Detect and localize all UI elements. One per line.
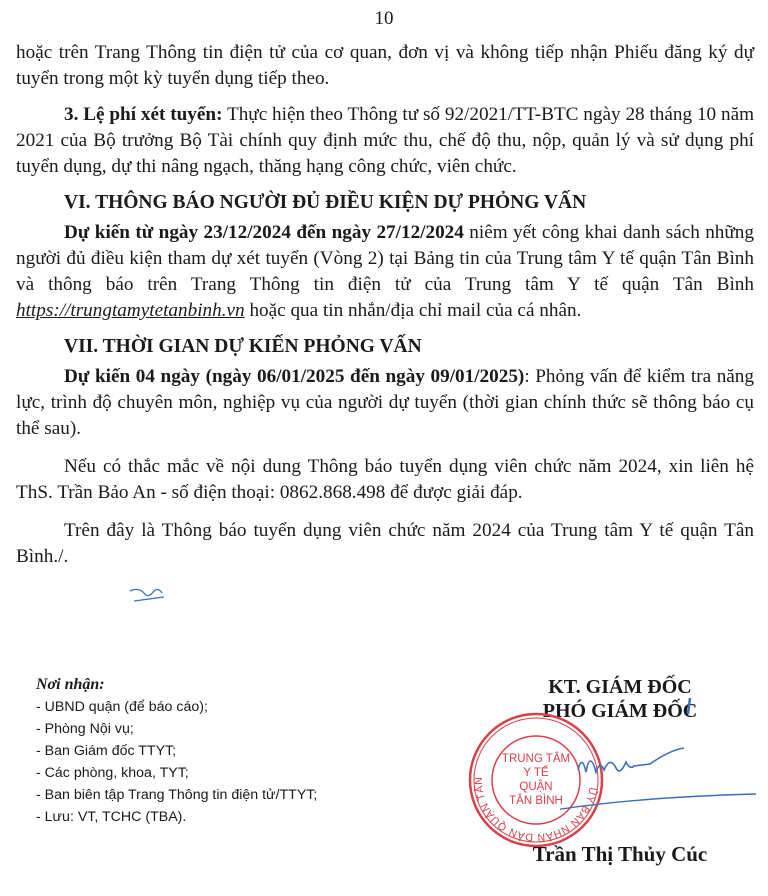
page-number: 10 — [0, 8, 768, 30]
recipient-item: - Lưu: VT, TCHC (TBA). — [36, 806, 317, 828]
section-6-paragraph: Dự kiến từ ngày 23/12/2024 đến ngày 27/1… — [16, 220, 754, 324]
recipient-item: - Ban Giám đốc TTYT; — [36, 740, 317, 762]
signature-scribble-icon — [560, 690, 760, 810]
section-6-heading: VI. THÔNG BÁO NGƯỜI ĐỦ ĐIỀU KIỆN DỰ PHỎN… — [16, 190, 754, 216]
section-7-date-range: Dự kiến 04 ngày (ngày 06/01/2025 đến ngà… — [64, 366, 524, 387]
initials-scribble-icon — [128, 585, 168, 607]
section-7-heading: VII. THỜI GIAN DỰ KIẾN PHỎNG VẤN — [16, 334, 754, 360]
recipient-item: - Ban biên tập Trang Thông tin điện tử/T… — [36, 784, 317, 806]
section-6-tail: hoặc qua tin nhắn/địa chỉ mail của cá nh… — [245, 300, 582, 321]
fee-label: 3. Lệ phí xét tuyển: — [64, 104, 222, 125]
recipient-item: - Phòng Nội vụ; — [36, 718, 317, 740]
recipient-item: - Các phòng, khoa, TYT; — [36, 762, 317, 784]
document-body: hoặc trên Trang Thông tin điện tử của cơ… — [16, 40, 754, 570]
website-link[interactable]: https://trungtamytetanbinh.vn — [16, 300, 245, 321]
recipients-title: Nơi nhận: — [36, 674, 317, 696]
fee-paragraph: 3. Lệ phí xét tuyển: Thực hiện theo Thôn… — [16, 102, 754, 180]
section-6-date-range: Dự kiến từ ngày 23/12/2024 đến ngày 27/1… — [64, 222, 464, 243]
section-7-paragraph: Dự kiến 04 ngày (ngày 06/01/2025 đến ngà… — [16, 364, 754, 442]
continuation-paragraph: hoặc trên Trang Thông tin điện tử của cơ… — [16, 40, 754, 92]
closing-paragraph: Trên đây là Thông báo tuyển dụng viên ch… — [16, 518, 754, 570]
recipient-item: - UBND quận (để báo cáo); — [36, 696, 317, 718]
signer-name: Trần Thị Thủy Cúc — [470, 842, 768, 867]
recipients-block: Nơi nhận: - UBND quận (để báo cáo); - Ph… — [36, 674, 317, 828]
contact-paragraph: Nếu có thắc mắc về nội dung Thông báo tu… — [16, 454, 754, 506]
